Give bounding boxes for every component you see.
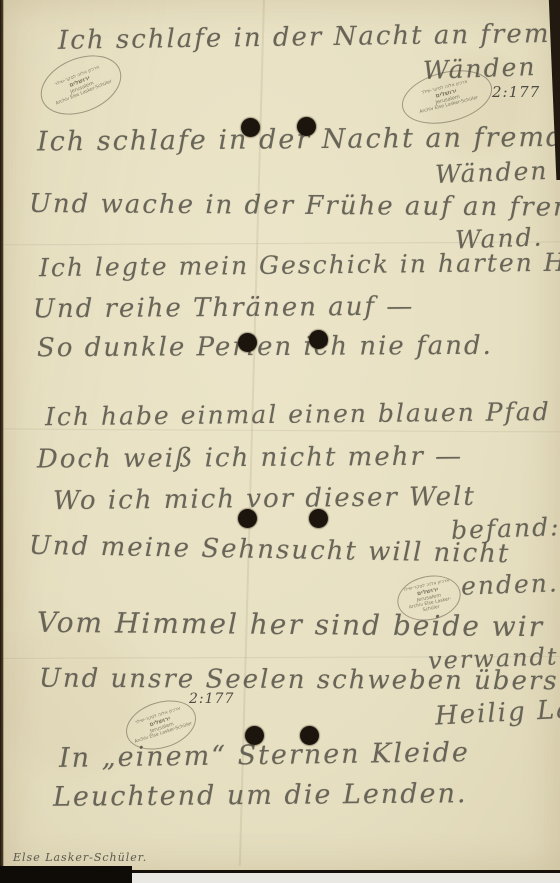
scan-edge-bottom-dark: [0, 866, 132, 883]
punch-hole: [238, 333, 257, 352]
punch-hole: [238, 509, 257, 528]
scan-edge-left: [0, 0, 4, 883]
poem-line: Und reihe Thränen auf —: [33, 292, 415, 325]
poem-line: In „einem“ Sternen Kleide: [59, 737, 470, 774]
archive-stamp: ארכיון אלזה לסקר-שילר ירושלים Jerusalem …: [32, 44, 130, 126]
scan-edge-bottom-light: [132, 870, 560, 883]
poem-line: Und wache in der Frühe auf an fremder: [29, 189, 560, 223]
poem-line: Ich schlafe in der Nacht an fremden: [58, 18, 560, 56]
poem-line: Vom Himmel her sind beide wir: [37, 606, 544, 643]
punch-hole: [309, 330, 328, 349]
poem-line: Wänden: [435, 156, 549, 189]
signature-annotation: Else Lasker-Schüler.: [13, 851, 147, 864]
paper-sheet: Ich schlafe in der Nacht an fremden Wänd…: [3, 0, 560, 872]
catalog-number: 2:177: [189, 691, 234, 707]
poem-line: So dunkle Perlen ich nie fand.: [37, 331, 493, 363]
poem-line: Und meine Sehnsucht will nicht: [29, 531, 511, 569]
poem-line: Ich habe einmal einen blauen Pfad gekann…: [45, 396, 560, 432]
poem-line: Leuchtend um die Lenden.: [53, 778, 468, 813]
poem-line: Und unsre Seelen schweben übers: [39, 664, 559, 697]
punch-hole: [300, 726, 319, 745]
punch-hole: [241, 118, 260, 137]
poem-line: Wo ich mich vor dieser Welt: [53, 482, 476, 516]
catalog-number: 2:177: [492, 83, 540, 101]
poem-line: enden.: [461, 568, 560, 600]
punch-hole: [297, 117, 316, 136]
punch-hole: [309, 509, 328, 528]
punch-hole: [245, 726, 264, 745]
poem-line: Doch weiß ich nicht mehr —: [37, 442, 463, 475]
poem-line: Heilig Land: [434, 692, 560, 731]
poem-line: Ich legte mein Geschick in harten Händen: [39, 247, 560, 282]
manuscript-scan: Ich schlafe in der Nacht an fremden Wänd…: [0, 0, 560, 883]
